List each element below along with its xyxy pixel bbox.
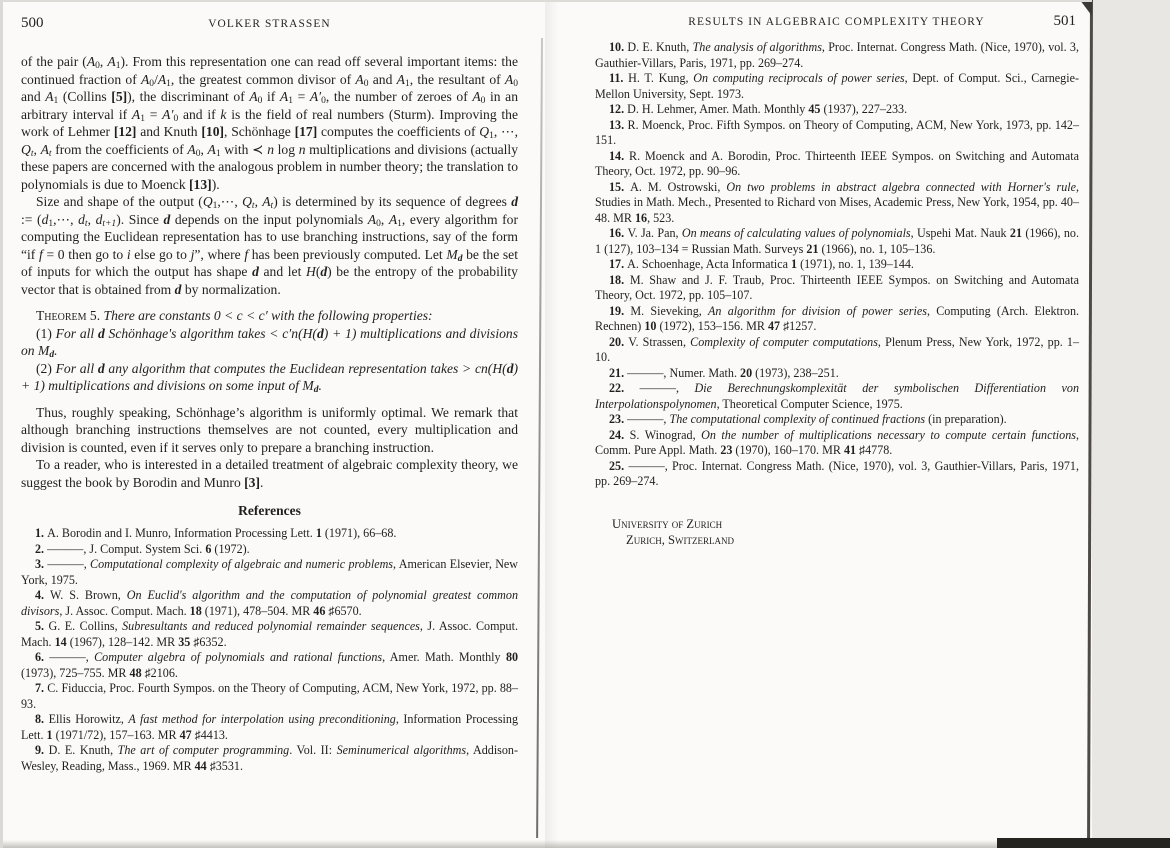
reference-item: 16. V. Ja. Pan, On means of calculating … <box>595 226 1079 257</box>
page-501: RESULTS IN ALGEBRAIC COMPLEXITY THEORY 5… <box>545 0 1092 848</box>
theorem-5-item-1: (1) For all d Schönhage's algorithm take… <box>21 325 518 360</box>
page-number-right: 501 <box>1054 13 1077 30</box>
left-text-column: of the pair (A0, A1). From this represen… <box>21 53 518 774</box>
scan-bottom-shadow <box>0 840 1002 848</box>
reference-item: 22. ———, Die Berechnungskomplexität der … <box>595 381 1079 412</box>
page-500: 500 VOLKER STRASSEN of the pair (A0, A1)… <box>0 0 545 848</box>
reference-item: 19. M. Sieveking, An algorithm for divis… <box>595 304 1079 335</box>
page-header-right: RESULTS IN ALGEBRAIC COMPLEXITY THEORY 5… <box>595 13 1078 33</box>
reference-item: 20. V. Strassen, Complexity of computer … <box>595 335 1079 366</box>
reference-item: 3. ———, Computational complexity of alge… <box>21 557 518 588</box>
reference-item: 18. M. Shaw and J. F. Traub, Proc. Thirt… <box>595 273 1079 304</box>
references-list-right: 10. D. E. Knuth, The analysis of algorit… <box>595 40 1079 490</box>
body-paragraph-1: of the pair (A0, A1). From this represen… <box>21 53 518 193</box>
theorem-5-item-2: (2) For all d any algorithm that compute… <box>21 360 518 395</box>
reference-item: 5. G. E. Collins, Subresultants and redu… <box>21 619 518 650</box>
scan-corner-shadow <box>1080 0 1092 16</box>
reference-item: 6. ———, Computer algebra of polynomials … <box>21 650 518 681</box>
page-header-left: 500 VOLKER STRASSEN <box>21 15 518 35</box>
references-title: References <box>21 503 518 519</box>
body-paragraph-2: Size and shape of the output (Q1,⋯, Qt, … <box>21 193 518 298</box>
running-head-right: RESULTS IN ALGEBRAIC COMPLEXITY THEORY <box>595 16 1078 28</box>
reference-item: 1. A. Borodin and I. Munro, Information … <box>21 526 518 542</box>
right-text-column: 10. D. E. Knuth, The analysis of algorit… <box>595 40 1079 548</box>
reference-item: 4. W. S. Brown, On Euclid's algorithm an… <box>21 588 518 619</box>
theorem-5-heading: Theorem 5. There are constants 0 < c < c… <box>21 307 518 325</box>
affiliation-university: University of Zurich <box>612 517 1079 532</box>
body-paragraph-3: Thus, roughly speaking, Schönhage’s algo… <box>21 404 518 457</box>
reference-item: 23. ———, The computational complexity of… <box>595 412 1079 428</box>
reference-item: 12. D. H. Lehmer, Amer. Math. Monthly 45… <box>595 102 1079 118</box>
reference-item: 17. A. Schoenhage, Acta Informatica 1 (1… <box>595 257 1079 273</box>
references-list-left: 1. A. Borodin and I. Munro, Information … <box>21 526 518 774</box>
reference-item: 15. A. M. Ostrowski, On two problems in … <box>595 180 1079 227</box>
scan-bottom-bar <box>997 838 1170 848</box>
affiliation-city: Zurich, Switzerland <box>626 533 1079 548</box>
reference-item: 13. R. Moenck, Proc. Fifth Sympos. on Th… <box>595 118 1079 149</box>
reference-item: 14. R. Moenck and A. Borodin, Proc. Thir… <box>595 149 1079 180</box>
reference-item: 9. D. E. Knuth, The art of computer prog… <box>21 743 518 774</box>
scan-top-edge <box>0 0 1092 2</box>
running-head-left: VOLKER STRASSEN <box>21 18 518 30</box>
reference-item: 7. C. Fiduccia, Proc. Fourth Sympos. on … <box>21 681 518 712</box>
book-spread-scan: 500 VOLKER STRASSEN of the pair (A0, A1)… <box>0 0 1170 848</box>
reference-item: 24. S. Winograd, On the number of multip… <box>595 428 1079 459</box>
affiliation-block: University of Zurich Zurich, Switzerland <box>595 517 1079 548</box>
reference-item: 10. D. E. Knuth, The analysis of algorit… <box>595 40 1079 71</box>
reference-item: 21. ———, Numer. Math. 20 (1973), 238–251… <box>595 366 1079 382</box>
reference-item: 11. H. T. Kung, On computing reciprocals… <box>595 71 1079 102</box>
scan-left-edge <box>0 0 3 848</box>
reference-item: 2. ———, J. Comput. System Sci. 6 (1972). <box>21 542 518 558</box>
reference-item: 25. ———, Proc. Internat. Congress Math. … <box>595 459 1079 490</box>
body-paragraph-4: To a reader, who is interested in a deta… <box>21 456 518 491</box>
reference-item: 8. Ellis Horowitz, A fast method for int… <box>21 712 518 743</box>
